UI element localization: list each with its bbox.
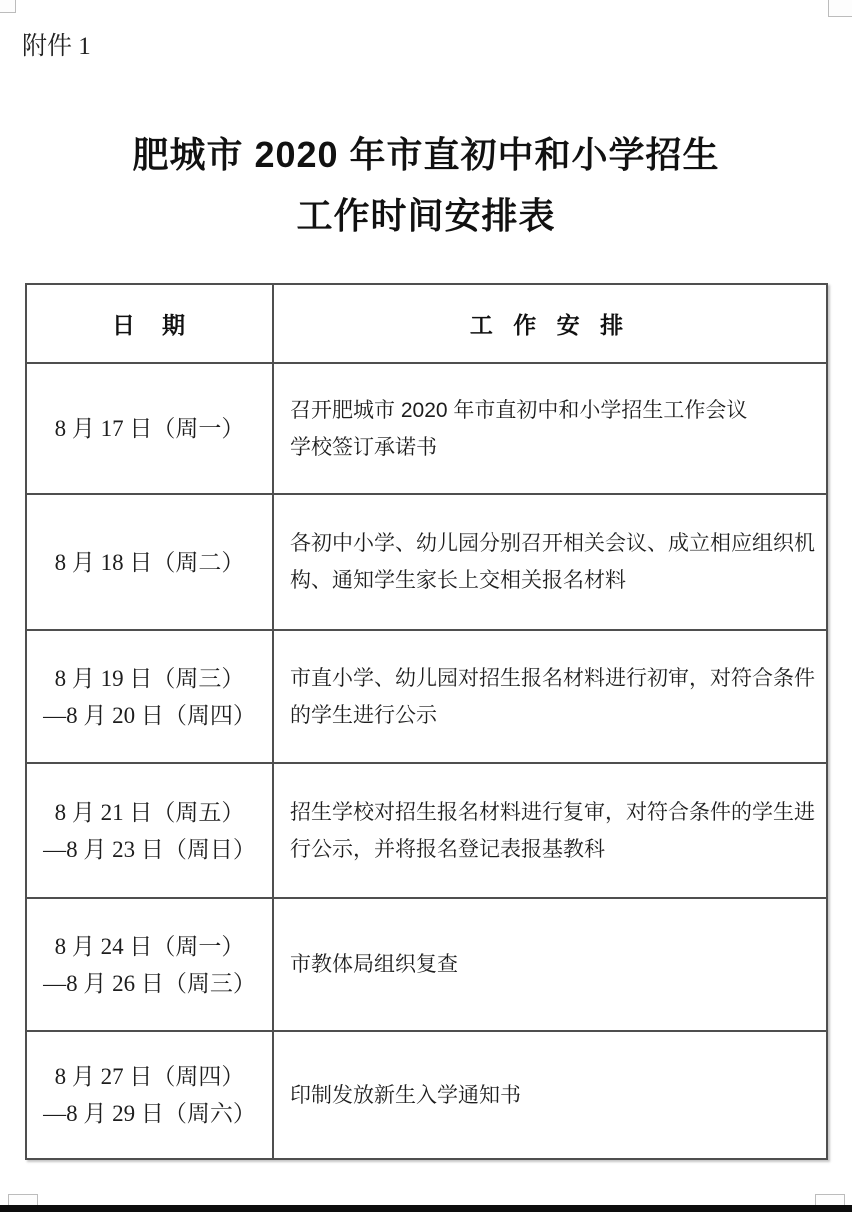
date-cell: 8 月 18 日（周二） xyxy=(26,494,273,630)
work-cell: 市教体局组织复查 xyxy=(273,898,827,1031)
document-title: 肥城市 2020 年市直初中和小学招生工作时间安排表 xyxy=(0,124,852,246)
date-cell: 8 月 27 日（周四） —8 月 29 日（周六） xyxy=(26,1031,273,1159)
header-work: 工 作 安 排 xyxy=(273,284,827,363)
date-cell: 8 月 17 日（周一） xyxy=(26,363,273,494)
work-cell: 招生学校对招生报名材料进行复审，对符合条件的学生进 行公示，并将报名登记表报基教… xyxy=(273,763,827,898)
work-cell: 各初中小学、幼儿园分别召开相关会议、成立相应组织机 构、通知学生家长上交相关报名… xyxy=(273,494,827,630)
date-cell: 8 月 19 日（周三） —8 月 20 日（周四） xyxy=(26,630,273,763)
work-cell: 市直小学、幼儿园对招生报名材料进行初审，对符合条件 的学生进行公示 xyxy=(273,630,827,763)
date-cell: 8 月 21 日（周五） —8 月 23 日（周日） xyxy=(26,763,273,898)
document-page: 附件 1 肥城市 2020 年市直初中和小学招生工作时间安排表 日 期 工 作 … xyxy=(0,0,852,1212)
page-corner-mark-top-left xyxy=(0,0,16,13)
table-row: 8 月 21 日（周五） —8 月 23 日（周日） 招生学校对招生报名材料进行… xyxy=(26,763,827,898)
table-row: 8 月 17 日（周一） 召开肥城市 2020 年市直初中和小学招生工作会议 学… xyxy=(26,363,827,494)
title-line-2: 工作时间安排表 xyxy=(296,195,555,236)
table-row: 8 月 27 日（周四） —8 月 29 日（周六） 印制发放新生入学通知书 xyxy=(26,1031,827,1159)
header-date: 日 期 xyxy=(26,284,273,363)
date-cell: 8 月 24 日（周一） —8 月 26 日（周三） xyxy=(26,898,273,1031)
page-corner-mark-top-right xyxy=(828,0,852,17)
work-cell: 印制发放新生入学通知书 xyxy=(273,1031,827,1159)
table-row: 8 月 24 日（周一） —8 月 26 日（周三） 市教体局组织复查 xyxy=(26,898,827,1031)
schedule-table: 日 期 工 作 安 排 8 月 17 日（周一） 召开肥城市 2020 年市直初… xyxy=(25,283,828,1160)
table-header-row: 日 期 工 作 安 排 xyxy=(26,284,827,363)
attachment-label: 附件 1 xyxy=(22,26,91,62)
bottom-edge-bar xyxy=(0,1205,852,1212)
title-line-1: 肥城市 2020 年市直初中和小学招生 xyxy=(132,134,719,175)
table-row: 8 月 19 日（周三） —8 月 20 日（周四） 市直小学、幼儿园对招生报名… xyxy=(26,630,827,763)
table-row: 8 月 18 日（周二） 各初中小学、幼儿园分别召开相关会议、成立相应组织机 构… xyxy=(26,494,827,630)
work-cell: 召开肥城市 2020 年市直初中和小学招生工作会议 学校签订承诺书 xyxy=(273,363,827,494)
